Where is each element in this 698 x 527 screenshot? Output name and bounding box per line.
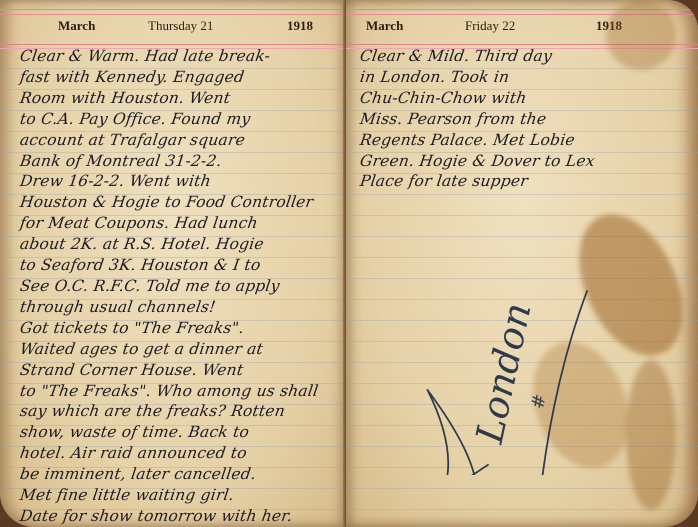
svg-text:#: #	[528, 393, 550, 411]
margin-signature: London #	[400, 195, 620, 475]
entry-line: account at Trafalgar square	[19, 130, 338, 151]
left-page-entry: Clear & Warm. Had late break- fast with …	[20, 46, 336, 527]
entry-line: Met fine little waiting girl.	[19, 485, 338, 506]
diary-spread: March Thursday 21 1918 Clear & Warm. Had…	[0, 0, 698, 527]
entry-line: show, waste of time. Back to	[19, 422, 338, 443]
entry-line: Houston & Hogie to Food Controller	[19, 192, 338, 213]
month-label: March	[366, 18, 403, 34]
entry-line: to C.A. Pay Office. Found my	[19, 109, 338, 130]
entry-line: about 2K. at R.S. Hotel. Hogie	[19, 234, 338, 255]
stain	[626, 360, 676, 510]
entry-line: be imminent, later cancelled.	[19, 464, 338, 485]
entry-line: Waited ages to get a dinner at	[19, 339, 338, 360]
stain	[606, 0, 676, 70]
entry-line: hotel. Air raid announced to	[19, 443, 338, 464]
entry-line: Strand Corner House. Went	[19, 360, 338, 381]
entry-line: say which are the freaks? Rotten	[19, 401, 338, 422]
entry-line: through usual channels!	[19, 297, 338, 318]
year-label: 1918	[287, 18, 313, 34]
entry-line: for Meat Coupons. Had lunch	[19, 213, 338, 234]
left-page-header: March Thursday 21 1918	[0, 18, 346, 38]
entry-line: Drew 16-2-2. Went with	[19, 171, 338, 192]
svg-text:London: London	[467, 299, 540, 448]
entry-line: Miss. Pearson from the	[359, 109, 690, 130]
entry-line: Green. Hogie & Dover to Lex	[359, 151, 690, 172]
month-label: March	[58, 18, 95, 34]
entry-line: to Seaford 3K. Houston & I to	[19, 255, 338, 276]
entry-line: Place for late supper	[359, 171, 690, 192]
left-page: March Thursday 21 1918 Clear & Warm. Had…	[0, 0, 346, 527]
day-label: Thursday 21	[148, 18, 213, 34]
entry-line: See O.C. R.F.C. Told me to apply	[19, 276, 338, 297]
entry-line: fast with Kennedy. Engaged	[19, 67, 338, 88]
day-label: Friday 22	[465, 18, 515, 34]
entry-line: Room with Houston. Went	[19, 88, 338, 109]
entry-line: Bank of Montreal 31-2-2.	[19, 151, 338, 172]
entry-line: in London. Took in	[359, 67, 690, 88]
entry-line: to "The Freaks". Who among us shall	[19, 381, 338, 402]
entry-line: Got tickets to "The Freaks".	[19, 318, 338, 339]
entry-line: Chu-Chin-Chow with	[359, 88, 690, 109]
entry-line: Date for show tomorrow with her.	[19, 506, 338, 527]
entry-line: Regents Palace. Met Lobie	[359, 130, 690, 151]
entry-line: Clear & Warm. Had late break-	[19, 46, 338, 67]
top-red-rule	[0, 9, 346, 15]
